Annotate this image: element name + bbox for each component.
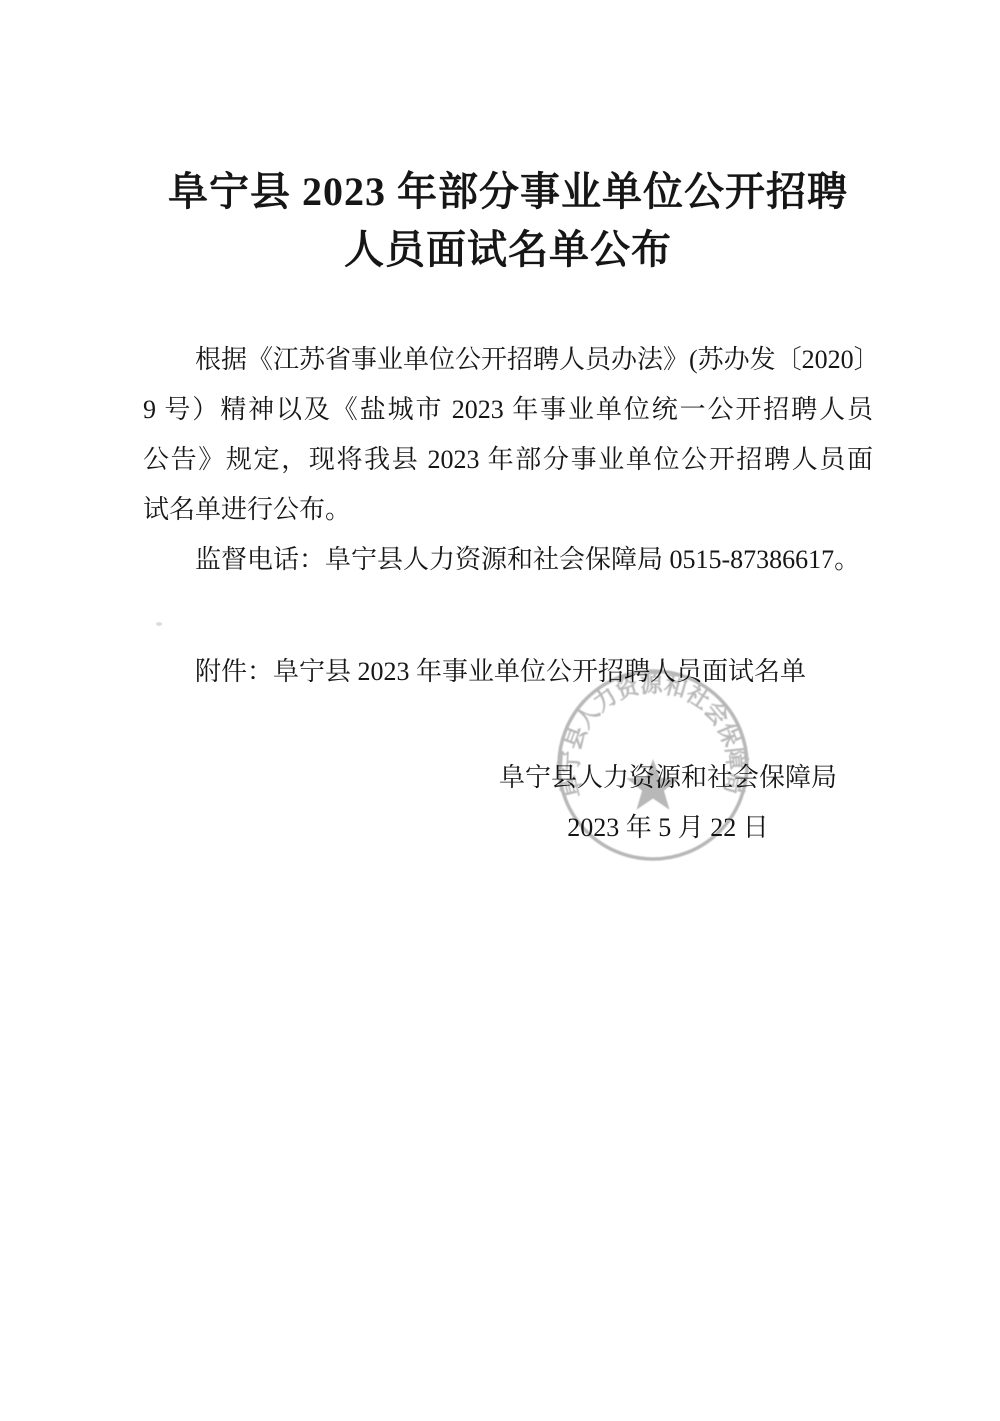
paragraph-line-3: 公告》规定，现将我县 2023 年部分事业单位公开招聘人员面 <box>143 435 873 485</box>
title-line-2: 人员面试名单公布 <box>143 221 873 279</box>
issuer-name: 阜宁县人力资源和社会保障局 <box>491 753 845 803</box>
title-line-1: 阜宁县 2023 年部分事业单位公开招聘 <box>143 163 873 221</box>
paragraph-line-2: 9 号）精神以及《盐城市 2023 年事业单位统一公开招聘人员 <box>143 385 873 435</box>
document-title: 阜宁县 2023 年部分事业单位公开招聘 人员面试名单公布 <box>143 163 873 279</box>
paragraph-line-4: 试名单进行公布。 <box>143 485 873 535</box>
signature-block: 阜宁县人力资源和社会保障局 2023 年 5 月 22 日 <box>491 753 845 853</box>
attachment-line: 附件：阜宁县 2023 年事业单位公开招聘人员面试名单 <box>143 647 873 697</box>
document-body: 根据《江苏省事业单位公开招聘人员办法》(苏办发〔2020〕 9 号）精神以及《盐… <box>143 335 873 697</box>
paragraph-line-1: 根据《江苏省事业单位公开招聘人员办法》(苏办发〔2020〕 <box>143 335 873 385</box>
document-page: 阜宁县 2023 年部分事业单位公开招聘 人员面试名单公布 根据《江苏省事业单位… <box>0 0 1000 1421</box>
scan-noise-dot <box>156 622 162 626</box>
issue-date: 2023 年 5 月 22 日 <box>491 803 845 853</box>
supervision-phone-line: 监督电话：阜宁县人力资源和社会保障局 0515-87386617。 <box>143 535 873 585</box>
